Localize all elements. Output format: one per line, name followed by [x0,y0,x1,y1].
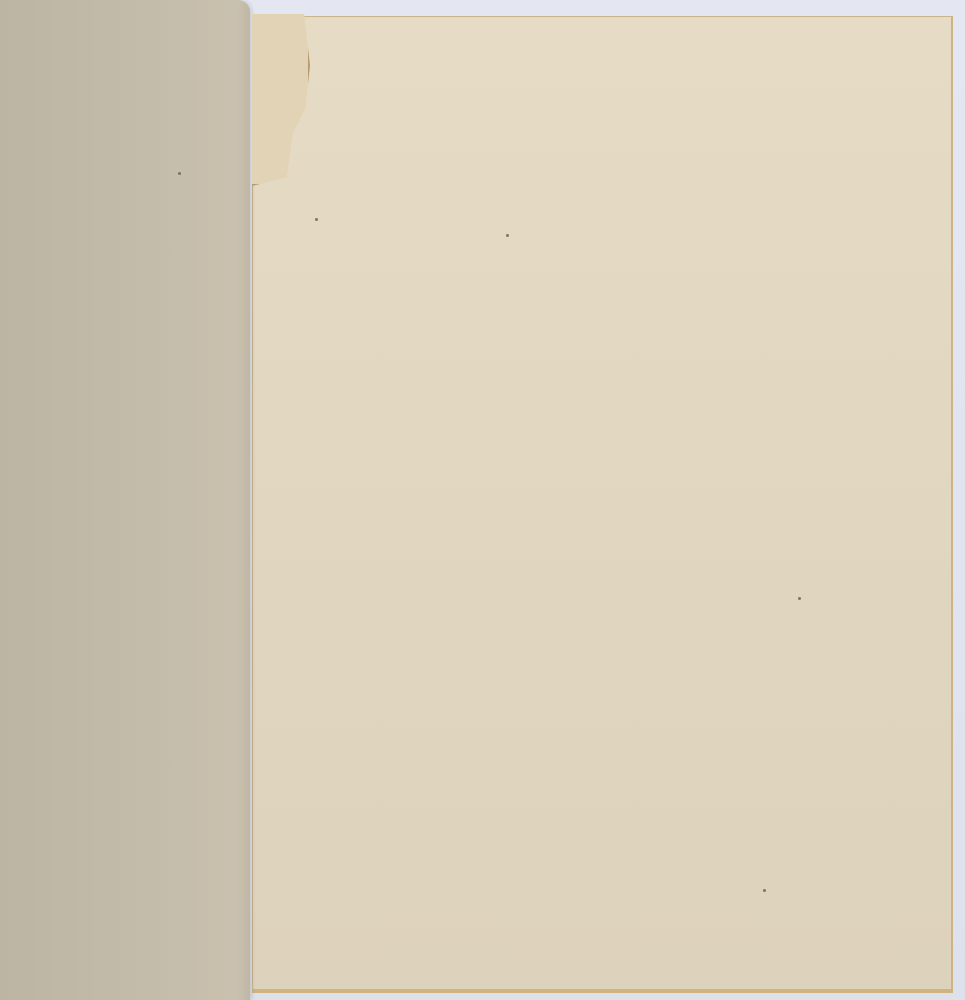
book-photo [0,0,965,1000]
paper-speck [178,172,181,175]
right-page [252,16,953,993]
paper-speck [506,234,509,237]
paper-speck [315,218,318,221]
paper-speck [763,889,766,892]
left-page [0,0,250,1000]
paper-speck [798,597,801,600]
